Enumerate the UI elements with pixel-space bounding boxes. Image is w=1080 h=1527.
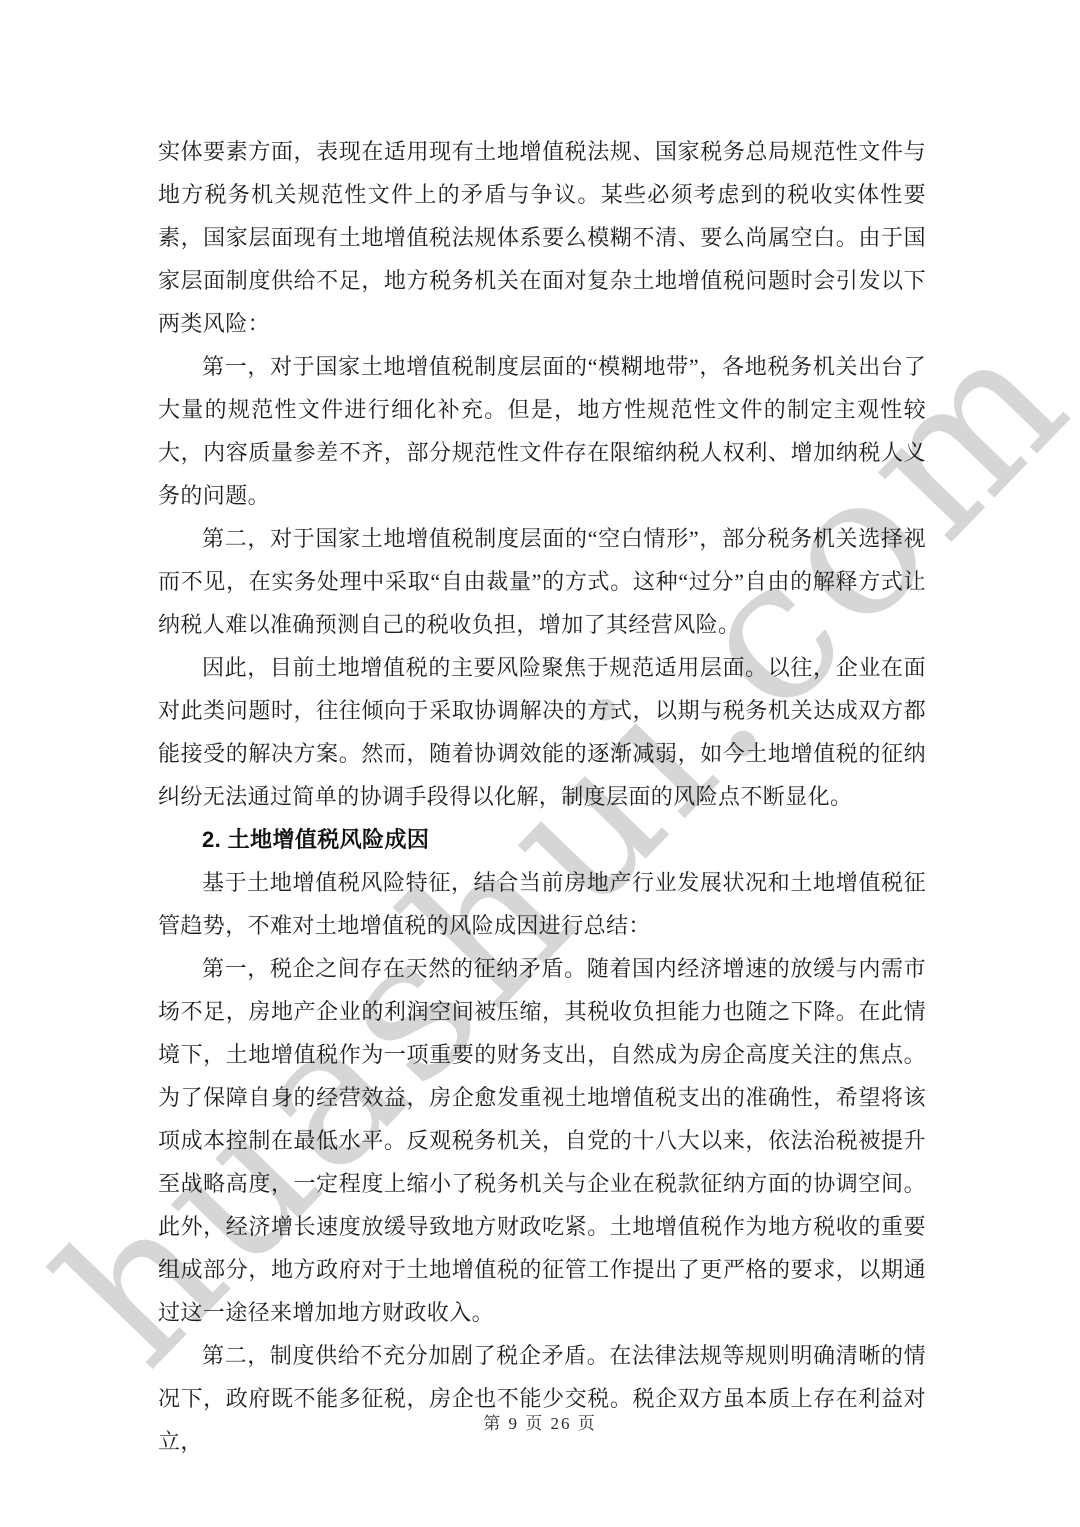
page-number: 第 9 页 26 页 [483,1414,597,1433]
paragraph-intro-causes: 基于土地增值税风险特征，结合当前房地产行业发展状况和土地增值税征管趋势，不难对土… [158,861,926,947]
document-page: huashui.com 实体要素方面，表现在适用现有土地增值税法规、国家税务总局… [0,0,1080,1527]
paragraph-continuation: 实体要素方面，表现在适用现有土地增值税法规、国家税务总局规范性文件与地方税务机关… [158,130,926,345]
paragraph-conclusion: 因此，目前土地增值税的主要风险聚焦于规范适用层面。以往，企业在面对此类问题时，往… [158,646,926,818]
section-heading: 2. 土地增值税风险成因 [158,818,926,861]
paragraph-risk-type-2: 第二，对于国家土地增值税制度层面的“空白情形”，部分税务机关选择视而不见，在实务… [158,517,926,646]
paragraph-risk-type-1: 第一，对于国家土地增值税制度层面的“模糊地带”，各地税务机关出台了大量的规范性文… [158,345,926,517]
paragraph-cause-1: 第一，税企之间存在天然的征纳矛盾。随着国内经济增速的放缓与内需市场不足，房地产企… [158,947,926,1334]
page-footer: 第 9 页 26 页 [0,1412,1080,1436]
paragraph-cause-2: 第二，制度供给不充分加剧了税企矛盾。在法律法规等规则明确清晰的情况下，政府既不能… [158,1334,926,1463]
document-body: 实体要素方面，表现在适用现有土地增值税法规、国家税务总局规范性文件与地方税务机关… [158,130,926,1463]
